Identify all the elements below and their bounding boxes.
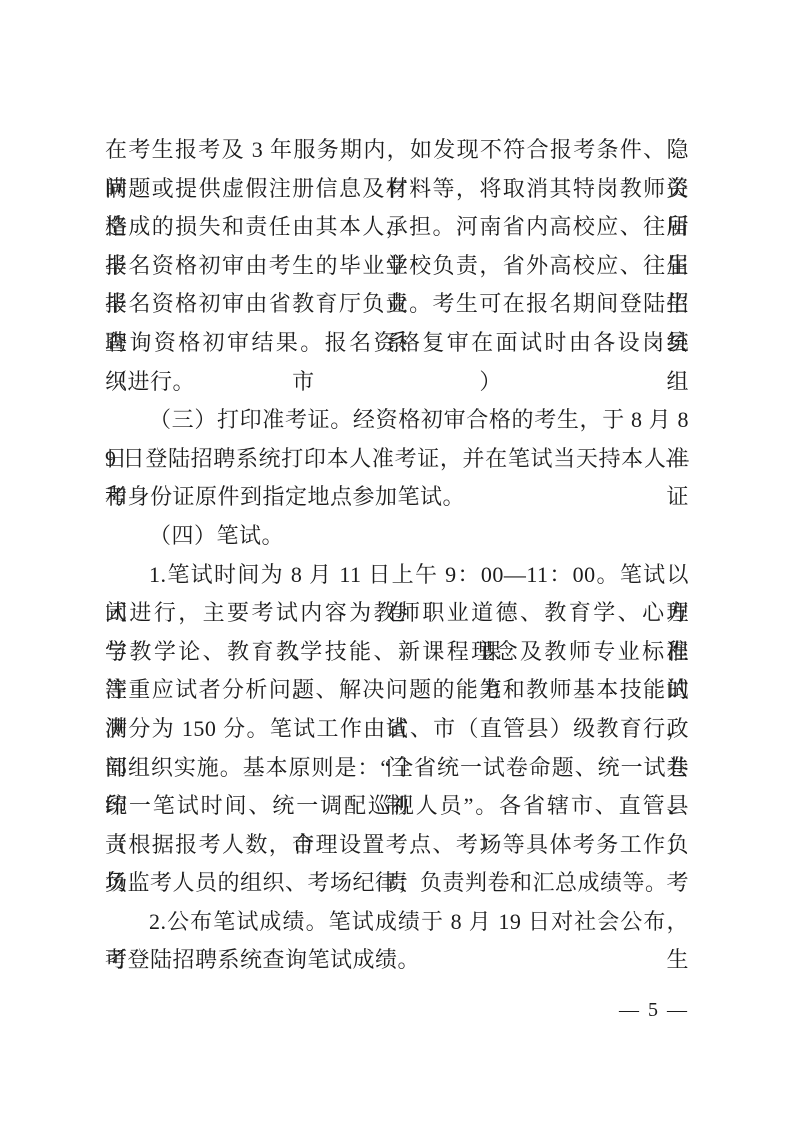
text-line: 问题或提供虚假注册信息及材料等，将取消其特岗教师资格，所 [105,170,689,209]
text-line: 在考生报考及 3 年服务期内，如发现不符合报考条件、隐瞒有关 [105,131,689,170]
text-line: 9 日登陆招聘系统打印本人准考证，并在笔试当天持本人准考证 [105,440,689,479]
page-number: — 5 — [619,998,689,1022]
document-page: 在考生报考及 3 年服务期内，如发现不符合报考条件、隐瞒有关问题或提供虚假注册信… [0,0,793,1122]
text-line: 注重应试者分析问题、解决问题的能力和教师基本技能的测试， [105,671,689,710]
text-line: 责根据报考人数，合理设置考点、考场等具体考务工作；负责考 [105,826,689,865]
text-line: 报名资格初审由省教育厅负责。考生可在报名期间登陆招聘系统 [105,285,689,324]
text-line: 同组织实施。基本原则是：“全省统一试卷命题、统一试卷印制、 [105,749,689,788]
text-line: 报名资格初审由考生的毕业学校负责，省外高校应、往届毕业生 [105,247,689,286]
text-line: 2.公布笔试成绩。笔试成绩于 8 月 19 日对社会公布，考生 [105,903,689,942]
text-line: 查询资格初审结果。报名资格复审在面试时由各设岗县（市）组 [105,324,689,363]
text-line: 造成的损失和责任由其本人承担。河南省内高校应、往届毕业生 [105,208,689,247]
text-line: 式进行，主要考试内容为教师职业道德、教育学、心理学、课程 [105,594,689,633]
text-line: 满分为 150 分。笔试工作由省、市（直管县）级教育行政部门共 [105,710,689,749]
text-line: 与教学论、教育教学技能、新课程理念及教师专业标准等。笔试 [105,633,689,672]
document-body: 在考生报考及 3 年服务期内，如发现不符合报考条件、隐瞒有关问题或提供虚假注册信… [105,131,689,980]
text-line: （四）笔试。 [105,517,689,556]
text-line: 统一笔试时间、统一调配巡视人员”。各省辖市、直管县（市）负 [105,787,689,826]
text-line: 1.笔试时间为 8 月 11 日上午 9：00—11：00。笔试以闭卷方 [105,556,689,595]
text-line: （三）打印准考证。经资格初审合格的考生，于 8 月 8 日— [105,401,689,440]
text-line: 场监考人员的组织、考场纪律；负责判卷和汇总成绩等。 [105,864,689,903]
